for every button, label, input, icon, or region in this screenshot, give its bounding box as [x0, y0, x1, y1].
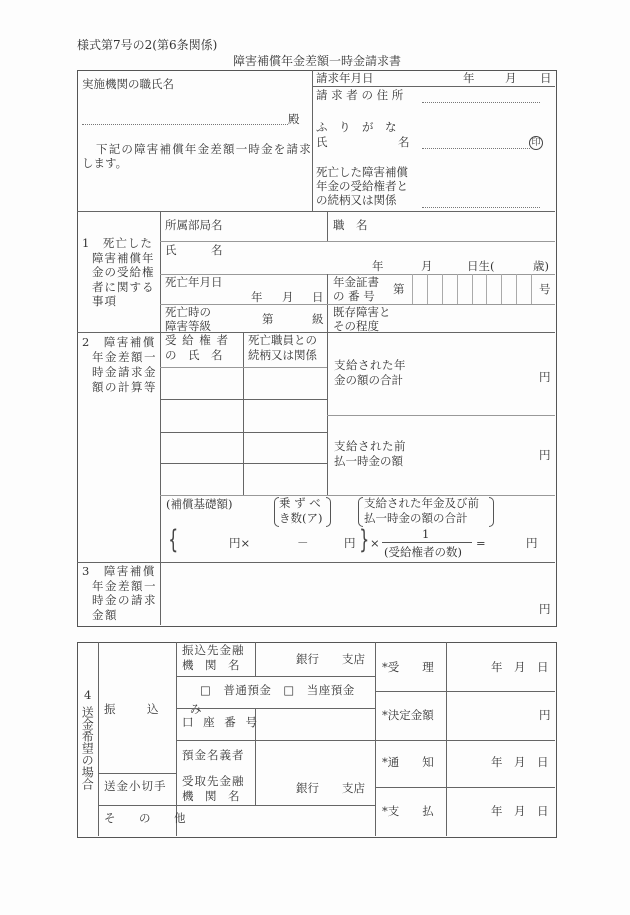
address-field[interactable] — [422, 102, 540, 103]
office-payment-label: *支 払 — [382, 805, 434, 819]
bracket — [326, 497, 331, 527]
office-receipt-date: 年 月 日 — [491, 661, 549, 675]
label-line: 1 死亡した — [82, 236, 155, 251]
relation-label-2: 年金の受給権者と — [316, 180, 408, 194]
divider — [375, 642, 376, 836]
result-yen: 円 — [526, 537, 538, 551]
divider — [327, 211, 328, 241]
honorific: 殿 — [288, 113, 300, 127]
lump-sum-label-2: 払一時金の額 — [334, 455, 403, 469]
recipient-header-2: の 氏 名 — [165, 349, 223, 363]
multiplier-label-1: 乗 ず べ — [279, 497, 321, 511]
pension-total-label-1: 支給された年 — [334, 359, 406, 373]
yen: 円 — [539, 371, 551, 385]
form-title: 障害補償年金差額一時金請求書 — [233, 54, 401, 68]
divider — [375, 787, 555, 788]
relation-header-1: 死亡職員との — [248, 334, 317, 348]
divider — [160, 241, 555, 242]
divider — [375, 740, 555, 741]
account-number-label: 口 座 番 号 — [182, 716, 260, 730]
seal-icon: 印 — [529, 136, 543, 150]
birth-day: 日生( — [467, 260, 495, 274]
recv-bank-field[interactable]: 銀行 支店 — [296, 782, 365, 796]
office-notice-label: *通 知 — [382, 756, 434, 770]
section2-label: 2 障害補償 年金差額一 時金請求金 額の計算等 — [82, 335, 157, 395]
label-line: 障害補償年 — [82, 251, 155, 266]
claimant-name-field[interactable] — [422, 148, 530, 149]
label-line: 年金差額一 — [82, 350, 157, 365]
name-label-b: 名 — [398, 136, 410, 150]
address-label: 請 求 者 の 住 所 — [316, 89, 403, 103]
minus: － — [297, 537, 309, 551]
label-line: 者に関する — [82, 280, 155, 295]
request-date-label: 請求年月日 — [316, 72, 374, 86]
birth-month: 月 — [421, 260, 433, 274]
sum-label-1: 支給された年金及び前 — [364, 497, 479, 511]
dept-label: 所属部局名 — [165, 219, 223, 233]
office-amount-label: *決定金額 — [382, 709, 434, 723]
office-notice-date: 年 月 日 — [491, 756, 549, 770]
multiplier-label-2: き数(ア) — [279, 512, 322, 526]
account-type-checkboxes[interactable]: □ 普通預金 □ 当座預金 — [200, 684, 355, 698]
recv-bank-label-1: 受取先金融 — [182, 775, 245, 789]
section4-number: 4 — [84, 689, 91, 703]
death-year: 年 — [251, 291, 263, 305]
recv-bank-label-2: 機 関 名 — [182, 790, 240, 804]
bracket — [358, 497, 363, 527]
divider — [243, 332, 244, 495]
claim-amount-field[interactable] — [161, 563, 553, 624]
cert-label-1: 年金証書 — [333, 276, 379, 290]
relation-field[interactable] — [422, 207, 540, 208]
date-month: 月 — [505, 72, 517, 86]
divider — [327, 332, 328, 495]
divider — [312, 70, 313, 211]
divider — [160, 495, 555, 496]
grade-label-1: 死亡時の — [165, 306, 211, 320]
cert-suffix: 号 — [539, 283, 551, 297]
account-holder-field[interactable] — [256, 741, 374, 772]
existing-label-1: 既存障害と — [333, 306, 391, 320]
label-line: 時金の請求 — [82, 593, 157, 608]
deceased-name-label: 氏 名 — [165, 244, 223, 258]
divider — [446, 642, 447, 836]
recipient-name-cell-2[interactable] — [160, 399, 243, 431]
divider — [327, 274, 328, 332]
section1-label: 1 死亡した 障害補償年 金の受給権 者に関する 事項 — [82, 236, 155, 309]
lump-sum-label-1: 支給された前 — [334, 440, 406, 454]
birth-year: 年 — [372, 260, 384, 274]
recipient-name-cell-1[interactable] — [160, 367, 243, 399]
label-line: 3 障害補償 — [82, 564, 157, 579]
relation-header-2: 続柄又は関係 — [248, 349, 317, 363]
bracket — [489, 497, 494, 527]
cert-label-2: の 番 号 — [333, 290, 375, 304]
pension-total-label-2: 金の額の合計 — [334, 374, 403, 388]
relation-label-3: の続柄又は関係 — [316, 194, 397, 208]
bank-field[interactable]: 銀行 支店 — [296, 653, 365, 667]
recipient-name-cell-4[interactable] — [160, 463, 243, 495]
numerator: 1 — [422, 528, 429, 542]
office-payment-date: 年 月 日 — [491, 805, 549, 819]
job-label: 職 名 — [333, 219, 368, 233]
label-line: 2 障害補償 — [82, 335, 157, 350]
other-field[interactable] — [177, 806, 374, 835]
equals: = — [476, 537, 486, 551]
cert-number-boxes[interactable] — [412, 274, 532, 304]
relation-label-1: 死亡した障害補償 — [316, 166, 408, 180]
death-date-label: 死亡年月日 — [165, 276, 223, 290]
divider — [255, 642, 256, 676]
age: 歳) — [533, 260, 549, 274]
section3-label: 3 障害補償 年金差額一 時金の請求 金額 — [82, 564, 157, 622]
divider — [312, 86, 555, 87]
yen-times: 円× — [229, 537, 250, 551]
date-day: 日 — [540, 72, 552, 86]
death-month: 月 — [282, 291, 294, 305]
form-number: 様式第7号の2(第6条関係) — [77, 38, 217, 52]
divider — [176, 676, 375, 677]
bank-label-2: 機 関 名 — [182, 659, 240, 673]
fraction-bar — [382, 542, 472, 543]
label-line: 年金差額一 — [82, 579, 157, 594]
office-amount-value: 円 — [539, 709, 551, 723]
yen: 円 — [539, 603, 551, 617]
account-number-field[interactable] — [256, 709, 374, 740]
recipient-name-cell-3[interactable] — [160, 432, 243, 463]
grade-prefix: 第 — [262, 313, 274, 327]
furigana-label: ふ り が な — [316, 121, 397, 135]
divider — [375, 691, 555, 692]
label-line: 金額 — [82, 608, 157, 623]
times: × — [370, 537, 380, 551]
grade-suffix: 級 — [312, 313, 324, 327]
account-holder-label: 預金名義者 — [182, 749, 245, 763]
sum-label-2: 払一時金の額の合計 — [364, 512, 468, 526]
label-line: 金の受給権 — [82, 265, 155, 280]
date-year: 年 — [463, 72, 475, 86]
yen: 円 — [539, 449, 551, 463]
request-text-1: 下記の障害補償年金差額一時金を請求 — [96, 143, 312, 157]
office-receipt-label: *受 理 — [382, 661, 434, 675]
right-brace-icon: } — [359, 527, 369, 553]
divider — [77, 211, 555, 212]
section4-label: 送金希望の場合 — [80, 706, 93, 790]
recipient-header-1: 受 給 権 者 — [165, 334, 229, 348]
request-text-2: します。 — [82, 157, 127, 171]
cert-prefix: 第 — [393, 283, 405, 297]
left-brace-icon: { — [168, 527, 178, 553]
divider — [98, 773, 176, 774]
yen: 円 — [344, 537, 356, 551]
base-amount-label: (補償基礎額) — [166, 498, 232, 512]
denominator: (受給権者の数) — [384, 546, 462, 560]
institution-field[interactable] — [82, 124, 288, 125]
death-day: 日 — [312, 291, 324, 305]
divider — [327, 415, 555, 416]
label-line: 額の計算等 — [82, 380, 157, 395]
label-line: 時金請求金 — [82, 365, 157, 380]
label-line: 事項 — [82, 294, 155, 309]
bank-label-1: 振込先金融 — [182, 644, 245, 658]
check-label: 送金小切手 — [104, 780, 167, 794]
name-label-a: 氏 — [316, 136, 328, 150]
institution-label: 実施機関の職氏名 — [82, 78, 174, 92]
divider — [98, 642, 99, 836]
